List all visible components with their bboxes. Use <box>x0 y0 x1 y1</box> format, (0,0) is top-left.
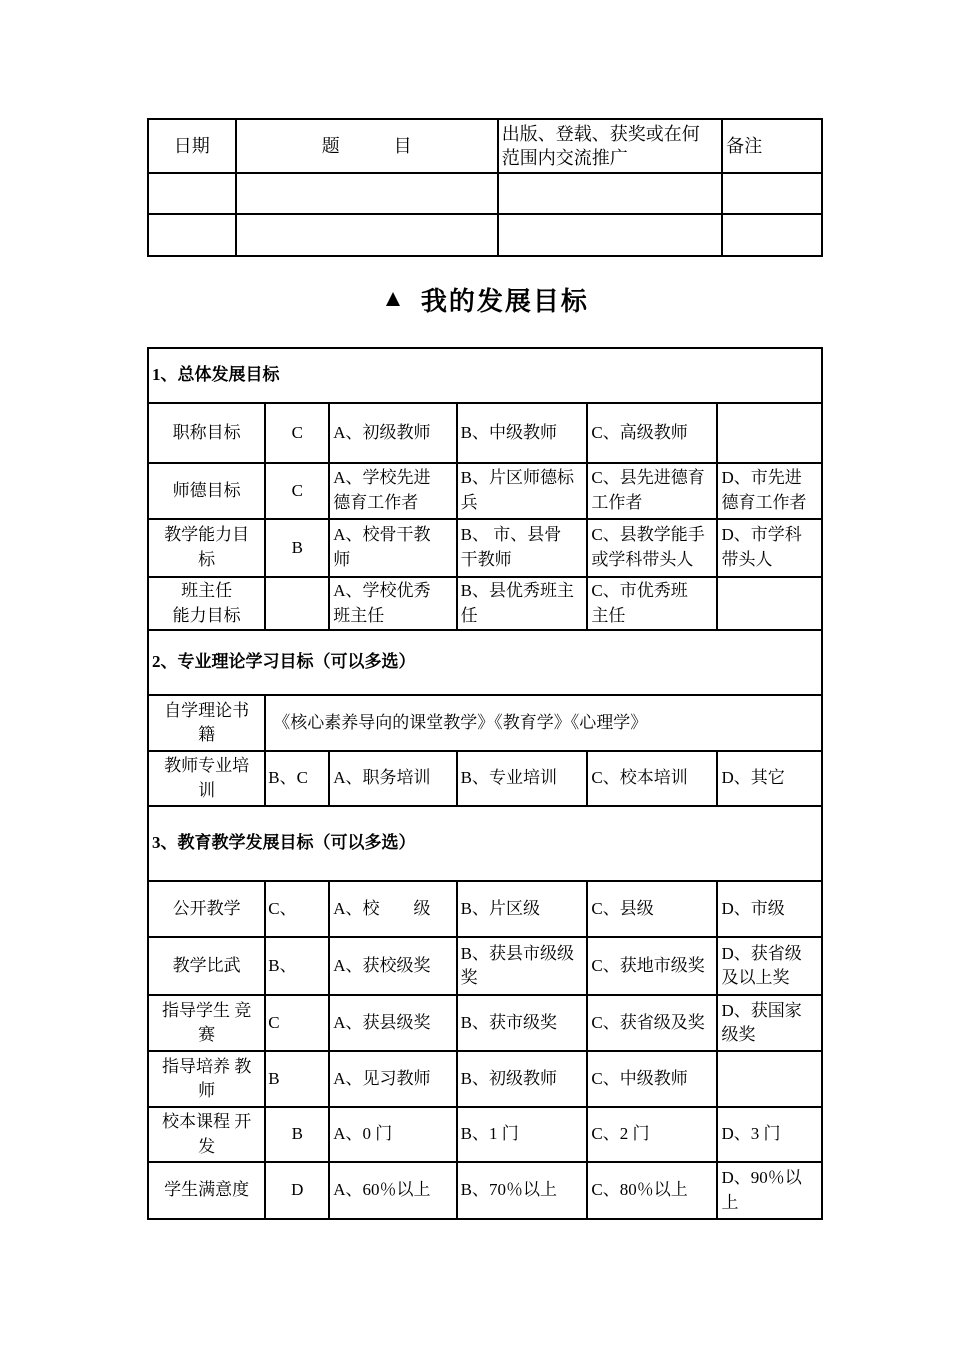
publications-table: 日期 题 目 出版、登载、获奖或在何 范围内交流推广 备注 <box>147 118 823 257</box>
option-d-cell: D、其它 <box>717 751 822 806</box>
row-label: 教学能力目 标 <box>148 519 265 577</box>
option-d-cell <box>717 577 822 630</box>
option-b-cell: B、1 门 <box>457 1107 588 1162</box>
table-row-biwu: 教学比武 B、 A、获校级奖 B、获县市级级 奖 C、获地市级奖 D、获省级 及… <box>148 937 822 995</box>
section-row: 2、专业理论学习目标（可以多选） <box>148 630 822 695</box>
option-a-cell: A、获县级奖 <box>329 995 456 1051</box>
option-d-cell <box>717 1051 822 1107</box>
option-c-cell: C、高级教师 <box>587 403 717 463</box>
option-d-cell: D、获国家 级奖 <box>717 995 822 1051</box>
option-a-cell: A、校骨干教 师 <box>329 519 456 577</box>
section-heading: ▲ 我的发展目标 <box>147 280 823 318</box>
empty-cell <box>498 173 722 214</box>
option-a-cell: A、初级教师 <box>329 403 456 463</box>
table-row-peixun: 教师专业培 训 B、C A、职务培训 B、专业培训 C、校本培训 D、其它 <box>148 751 822 806</box>
table-row-banzhuren: 班主任 能力目标 A、学校优秀 班主任 B、县优秀班主 任 C、市优秀班 主任 <box>148 577 822 630</box>
row-label: 师德目标 <box>148 463 265 519</box>
option-c-cell: C、县级 <box>587 881 717 937</box>
option-c-cell: C、县先进德育 工作者 <box>587 463 717 519</box>
grade-cell: C <box>265 403 329 463</box>
row-label: 公开教学 <box>148 881 265 937</box>
option-a-cell: A、职务培训 <box>329 751 456 806</box>
development-goals-table: 1、总体发展目标 职称目标 C A、初级教师 B、中级教师 C、高级教师 师德目… <box>147 347 823 1220</box>
option-c-cell: C、获省级及奖 <box>587 995 717 1051</box>
option-b-cell: B、中级教师 <box>457 403 588 463</box>
grade-cell: C <box>265 995 329 1051</box>
option-d-cell <box>717 403 822 463</box>
publications-header-row: 日期 题 目 出版、登载、获奖或在何 范围内交流推广 备注 <box>148 119 822 173</box>
row-label: 指导学生 竞 赛 <box>148 995 265 1051</box>
col-header-date: 日期 <box>148 119 236 173</box>
table-row-jingsai: 指导学生 竞 赛 C A、获县级奖 B、获市级奖 C、获省级及奖 D、获国家 级… <box>148 995 822 1051</box>
grade-cell: B <box>265 519 329 577</box>
option-b-cell: B、初级教师 <box>457 1051 588 1107</box>
section-1-title: 1、总体发展目标 <box>148 348 822 403</box>
table-row-manyidu: 学生满意度 D A、60％以上 B、70％以上 C、80％以上 D、90％以 上 <box>148 1162 822 1219</box>
option-a-cell: A、学校优秀 班主任 <box>329 577 456 630</box>
empty-cell <box>722 214 822 256</box>
option-a-cell: A、0 门 <box>329 1107 456 1162</box>
row-label: 班主任 能力目标 <box>148 577 265 630</box>
section-row: 3、教育教学发展目标（可以多选） <box>148 806 822 881</box>
option-a-cell: A、60％以上 <box>329 1162 456 1219</box>
option-c-cell: C、县教学能手 或学科带头人 <box>587 519 717 577</box>
option-b-cell: B、 市、县骨 干教师 <box>457 519 588 577</box>
table-row-shide: 师德目标 C A、学校先进 德育工作者 B、片区师德标 兵 C、县先进德育 工作… <box>148 463 822 519</box>
empty-row <box>148 173 822 214</box>
option-d-cell: D、市级 <box>717 881 822 937</box>
option-b-cell: B、获市级奖 <box>457 995 588 1051</box>
grade-cell: C <box>265 463 329 519</box>
option-c-cell: C、80％以上 <box>587 1162 717 1219</box>
option-c-cell: C、获地市级奖 <box>587 937 717 995</box>
grade-cell: B、C <box>265 751 329 806</box>
option-c-cell: C、中级教师 <box>587 1051 717 1107</box>
row-label: 指导培养 教 师 <box>148 1051 265 1107</box>
empty-row <box>148 214 822 256</box>
grade-cell <box>265 577 329 630</box>
row-label: 职称目标 <box>148 403 265 463</box>
empty-cell <box>498 214 722 256</box>
section-row: 1、总体发展目标 <box>148 348 822 403</box>
col-header-remarks: 备注 <box>722 119 822 173</box>
option-b-cell: B、县优秀班主 任 <box>457 577 588 630</box>
option-b-cell: B、片区级 <box>457 881 588 937</box>
option-a-cell: A、见习教师 <box>329 1051 456 1107</box>
option-c-cell: C、市优秀班 主任 <box>587 577 717 630</box>
option-b-cell: B、70％以上 <box>457 1162 588 1219</box>
section-3-title: 3、教育教学发展目标（可以多选） <box>148 806 822 881</box>
option-d-cell: D、市先进 德育工作者 <box>717 463 822 519</box>
col-header-title: 题 目 <box>236 119 498 173</box>
row-label: 教师专业培 训 <box>148 751 265 806</box>
grade-cell: B <box>265 1107 329 1162</box>
table-row-kecheng: 校本课程 开 发 B A、0 门 B、1 门 C、2 门 D、3 门 <box>148 1107 822 1162</box>
option-d-cell: D、90％以 上 <box>717 1162 822 1219</box>
row-label: 教学比武 <box>148 937 265 995</box>
option-b-cell: B、专业培训 <box>457 751 588 806</box>
empty-cell <box>148 214 236 256</box>
triangle-marker-icon: ▲ <box>381 286 405 313</box>
grade-cell: B、 <box>265 937 329 995</box>
option-b-cell: B、获县市级级 奖 <box>457 937 588 995</box>
books-cell: 《核心素养导向的课堂教学》《教育学》《心理学》 <box>265 695 822 751</box>
row-label: 校本课程 开 发 <box>148 1107 265 1162</box>
empty-cell <box>236 214 498 256</box>
document-page: 日期 题 目 出版、登载、获奖或在何 范围内交流推广 备注 ▲ 我的发展目标 <box>0 0 960 1357</box>
section-2-title: 2、专业理论学习目标（可以多选） <box>148 630 822 695</box>
empty-cell <box>236 173 498 214</box>
row-label: 学生满意度 <box>148 1162 265 1219</box>
option-d-cell: D、获省级 及以上奖 <box>717 937 822 995</box>
grade-cell: D <box>265 1162 329 1219</box>
grade-cell: C、 <box>265 881 329 937</box>
table-row-peiyang: 指导培养 教 师 B A、见习教师 B、初级教师 C、中级教师 <box>148 1051 822 1107</box>
table-row-jiaoxue: 教学能力目 标 B A、校骨干教 师 B、 市、县骨 干教师 C、县教学能手 或… <box>148 519 822 577</box>
option-d-cell: D、市学科 带头人 <box>717 519 822 577</box>
row-label: 自学理论书 籍 <box>148 695 265 751</box>
option-c-cell: C、校本培训 <box>587 751 717 806</box>
empty-cell <box>148 173 236 214</box>
table-row-zixue: 自学理论书 籍 《核心素养导向的课堂教学》《教育学》《心理学》 <box>148 695 822 751</box>
option-d-cell: D、3 门 <box>717 1107 822 1162</box>
col-header-publication: 出版、登载、获奖或在何 范围内交流推广 <box>498 119 722 173</box>
empty-cell <box>722 173 822 214</box>
table-row-gongkai: 公开教学 C、 A、校 级 B、片区级 C、县级 D、市级 <box>148 881 822 937</box>
option-a-cell: A、校 级 <box>329 881 456 937</box>
option-a-cell: A、学校先进 德育工作者 <box>329 463 456 519</box>
option-b-cell: B、片区师德标 兵 <box>457 463 588 519</box>
grade-cell: B <box>265 1051 329 1107</box>
option-a-cell: A、获校级奖 <box>329 937 456 995</box>
option-c-cell: C、2 门 <box>587 1107 717 1162</box>
heading-title: 我的发展目标 <box>421 281 589 318</box>
table-row-zhicheng: 职称目标 C A、初级教师 B、中级教师 C、高级教师 <box>148 403 822 463</box>
